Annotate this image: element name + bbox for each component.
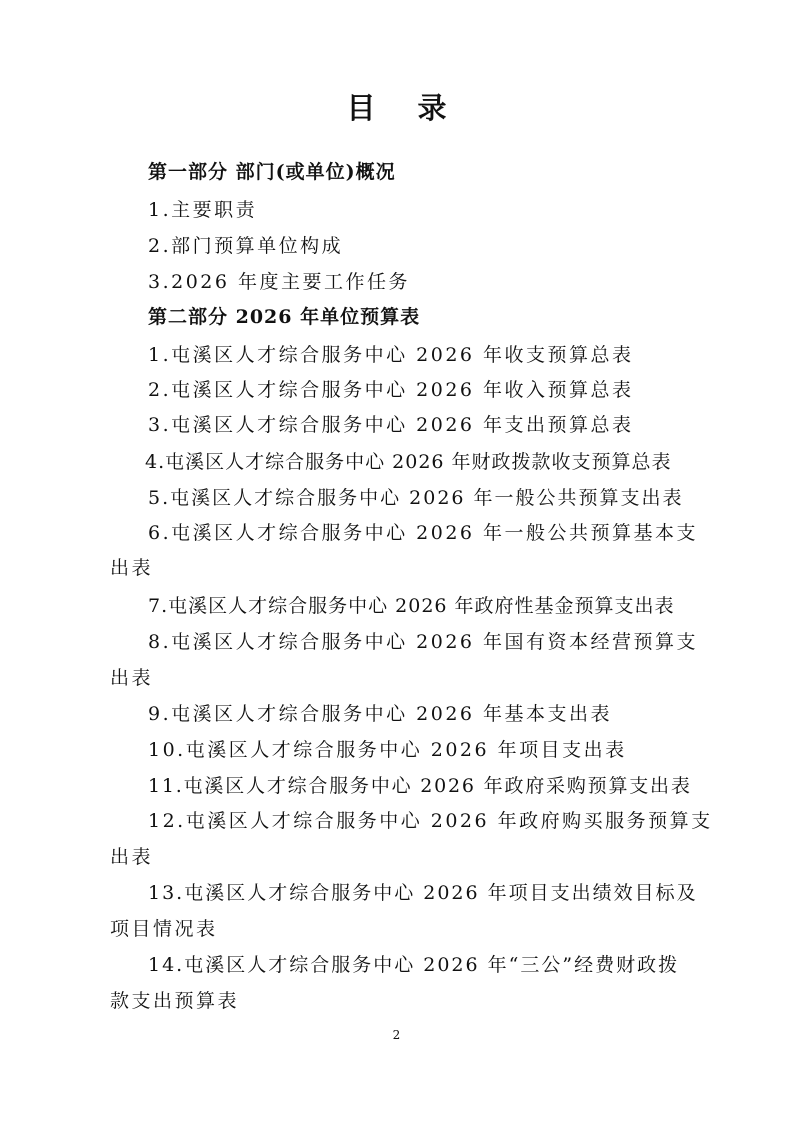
toc-item-3[interactable]: 3.屯溪区人才综合服务中心 2026 年支出预算总表 [148,410,634,437]
toc-part1-item-3[interactable]: 3.2026 年度主要工作任务 [148,267,410,294]
toc-item-14-cont[interactable]: 款支出预算表 [110,986,239,1013]
toc-item-6[interactable]: 6.屯溪区人才综合服务中心 2026 年一般公共预算基本支 [148,518,698,545]
title-char-2: 录 [418,91,447,125]
title-char-1: 目 [346,91,375,125]
toc-item-5[interactable]: 5.屯溪区人才综合服务中心 2026 年一般公共预算支出表 [148,483,684,510]
toc-part1-item-2[interactable]: 2.部门预算单位构成 [148,231,343,258]
toc-item-11[interactable]: 11.屯溪区人才综合服务中心 2026 年政府采购预算支出表 [148,771,692,798]
toc-item-13[interactable]: 13.屯溪区人才综合服务中心 2026 年项目支出绩效目标及 [148,878,698,905]
toc-item-1[interactable]: 1.屯溪区人才综合服务中心 2026 年收支预算总表 [148,340,634,367]
toc-item-13-cont[interactable]: 项目情况表 [110,914,218,941]
toc-item-12-cont[interactable]: 出表 [110,842,153,869]
toc-item-6-cont[interactable]: 出表 [110,553,153,580]
toc-item-8[interactable]: 8.屯溪区人才综合服务中心 2026 年国有资本经营预算支 [148,627,698,654]
toc-item-4[interactable]: 4.屯溪区人才综合服务中心 2026 年财政拨款收支预算总表 [145,447,672,474]
toc-item-9[interactable]: 9.屯溪区人才综合服务中心 2026 年基本支出表 [148,699,612,726]
toc-item-12[interactable]: 12.屯溪区人才综合服务中心 2026 年政府购买服务预算支 [148,806,713,833]
toc-item-2[interactable]: 2.屯溪区人才综合服务中心 2026 年收入预算总表 [148,375,634,402]
toc-item-14[interactable]: 14.屯溪区人才综合服务中心 2026 年“三公”经费财政拨 [148,950,679,977]
toc-item-8-cont[interactable]: 出表 [110,663,153,690]
page-number: 2 [0,1028,793,1042]
toc-item-7[interactable]: 7.屯溪区人才综合服务中心 2026 年政府性基金预算支出表 [148,591,675,618]
toc-item-10[interactable]: 10.屯溪区人才综合服务中心 2026 年项目支出表 [148,735,627,762]
page-title: 目录 [0,86,793,127]
toc-part1-heading[interactable]: 第一部分 部门(或单位)概况 [148,157,396,184]
toc-part2-heading[interactable]: 第二部分 2026 年单位预算表 [148,302,420,329]
toc-part1-item-1[interactable]: 1.主要职责 [148,195,257,222]
